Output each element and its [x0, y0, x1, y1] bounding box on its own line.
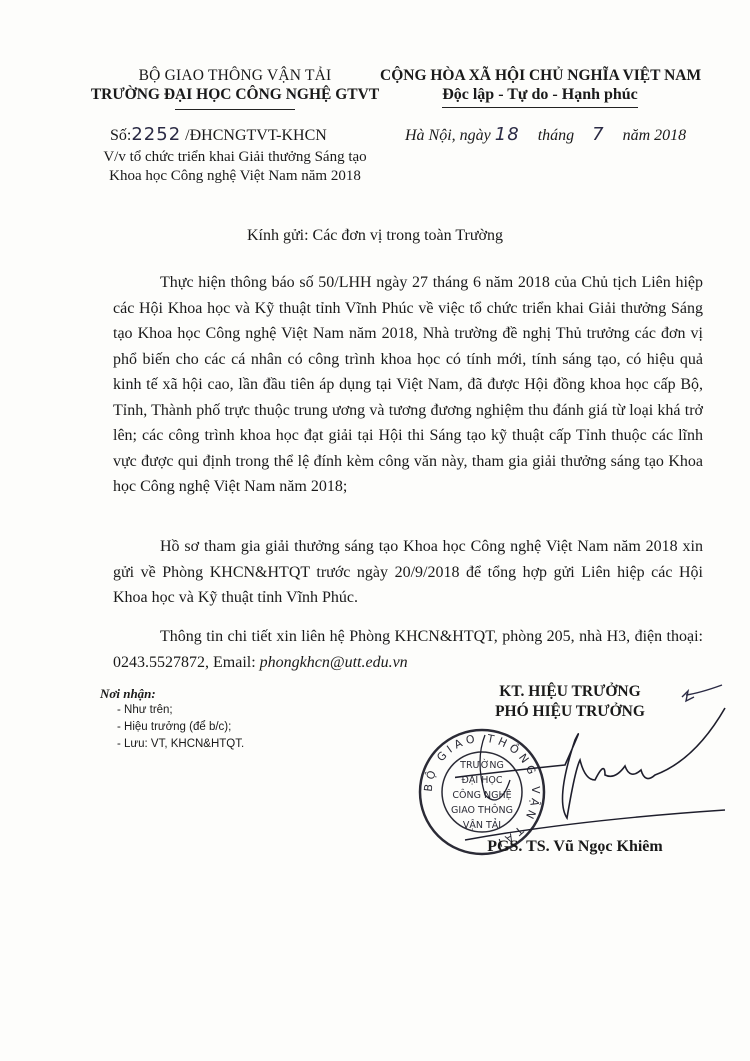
paragraph-text: Hồ sơ tham gia giải thưởng sáng tạo Khoa… [113, 534, 703, 611]
signer-name: PGS. TS. Vũ Ngọc Khiêm [430, 838, 720, 856]
subject-line-1: V/v tổ chức triển khai Giải thưởng Sáng … [90, 148, 380, 167]
body-paragraph-3: Thông tin chi tiết xin liên hệ Phòng KHC… [113, 624, 703, 675]
document-number: Số:2252 /ĐHCNGTVT-KHCN [110, 124, 327, 145]
document-number-label: Số: [110, 127, 131, 144]
date-day: 18 [495, 124, 520, 145]
paragraph-text: Thực hiện thông báo số 50/LHH ngày 27 th… [113, 270, 703, 500]
national-title: CỘNG HÒA XÃ HỘI CHỦ NGHĨA VIỆT NAM [380, 66, 700, 85]
document-subject: V/v tổ chức triển khai Giải thưởng Sáng … [90, 148, 380, 186]
greeting: Kính gửi: Các đơn vị trong toàn Trường [0, 227, 750, 245]
contact-email[interactable]: phongkhcn@utt.edu.vn [260, 654, 408, 671]
university-name: TRƯỜNG ĐẠI HỌC CÔNG NGHỆ GTVT [90, 85, 380, 104]
document-number-suffix: /ĐHCNGTVT-KHCN [185, 127, 327, 144]
date-month-label: tháng [538, 127, 574, 144]
contact-text: Thông tin chi tiết xin liên hệ Phòng KHC… [113, 628, 703, 671]
signature-title-line-1: KT. HIỆU TRƯỞNG [440, 682, 700, 702]
date-month: 7 [592, 124, 604, 145]
recipients-list: Nơi nhận: - Như trên; - Hiệu trưởng (để … [100, 685, 244, 753]
body-paragraph-2: Hồ sơ tham gia giải thưởng sáng tạo Khoa… [113, 534, 703, 611]
motto-underline [442, 107, 638, 108]
date-prefix: Hà Nội, ngày [405, 127, 491, 144]
national-motto: Độc lập - Tự do - Hạnh phúc [380, 85, 700, 105]
recipient-item: - Như trên; [117, 702, 244, 719]
paragraph-text: Thông tin chi tiết xin liên hệ Phòng KHC… [113, 624, 703, 675]
issuer-header: BỘ GIAO THÔNG VẬN TẢI TRƯỜNG ĐẠI HỌC CÔN… [90, 66, 380, 110]
date-year: năm 2018 [623, 127, 687, 144]
document-date: Hà Nội, ngày 18 tháng 7 năm 2018 [405, 124, 686, 145]
document-number-value: 2252 [131, 124, 181, 145]
header-divider [175, 109, 295, 110]
handwritten-signature-icon [455, 700, 735, 850]
recipients-title: Nơi nhận: [100, 685, 244, 702]
recipient-item: - Hiệu trưởng (để b/c); [117, 719, 244, 736]
subject-line-2: Khoa học Công nghệ Việt Nam năm 2018 [90, 167, 380, 186]
recipient-item: - Lưu: VT, KHCN&HTQT. [117, 736, 244, 753]
body-paragraph-1: Thực hiện thông báo số 50/LHH ngày 27 th… [113, 270, 703, 500]
national-header: CỘNG HÒA XÃ HỘI CHỦ NGHĨA VIỆT NAM Độc l… [380, 66, 700, 108]
ministry-name: BỘ GIAO THÔNG VẬN TẢI [90, 66, 380, 85]
